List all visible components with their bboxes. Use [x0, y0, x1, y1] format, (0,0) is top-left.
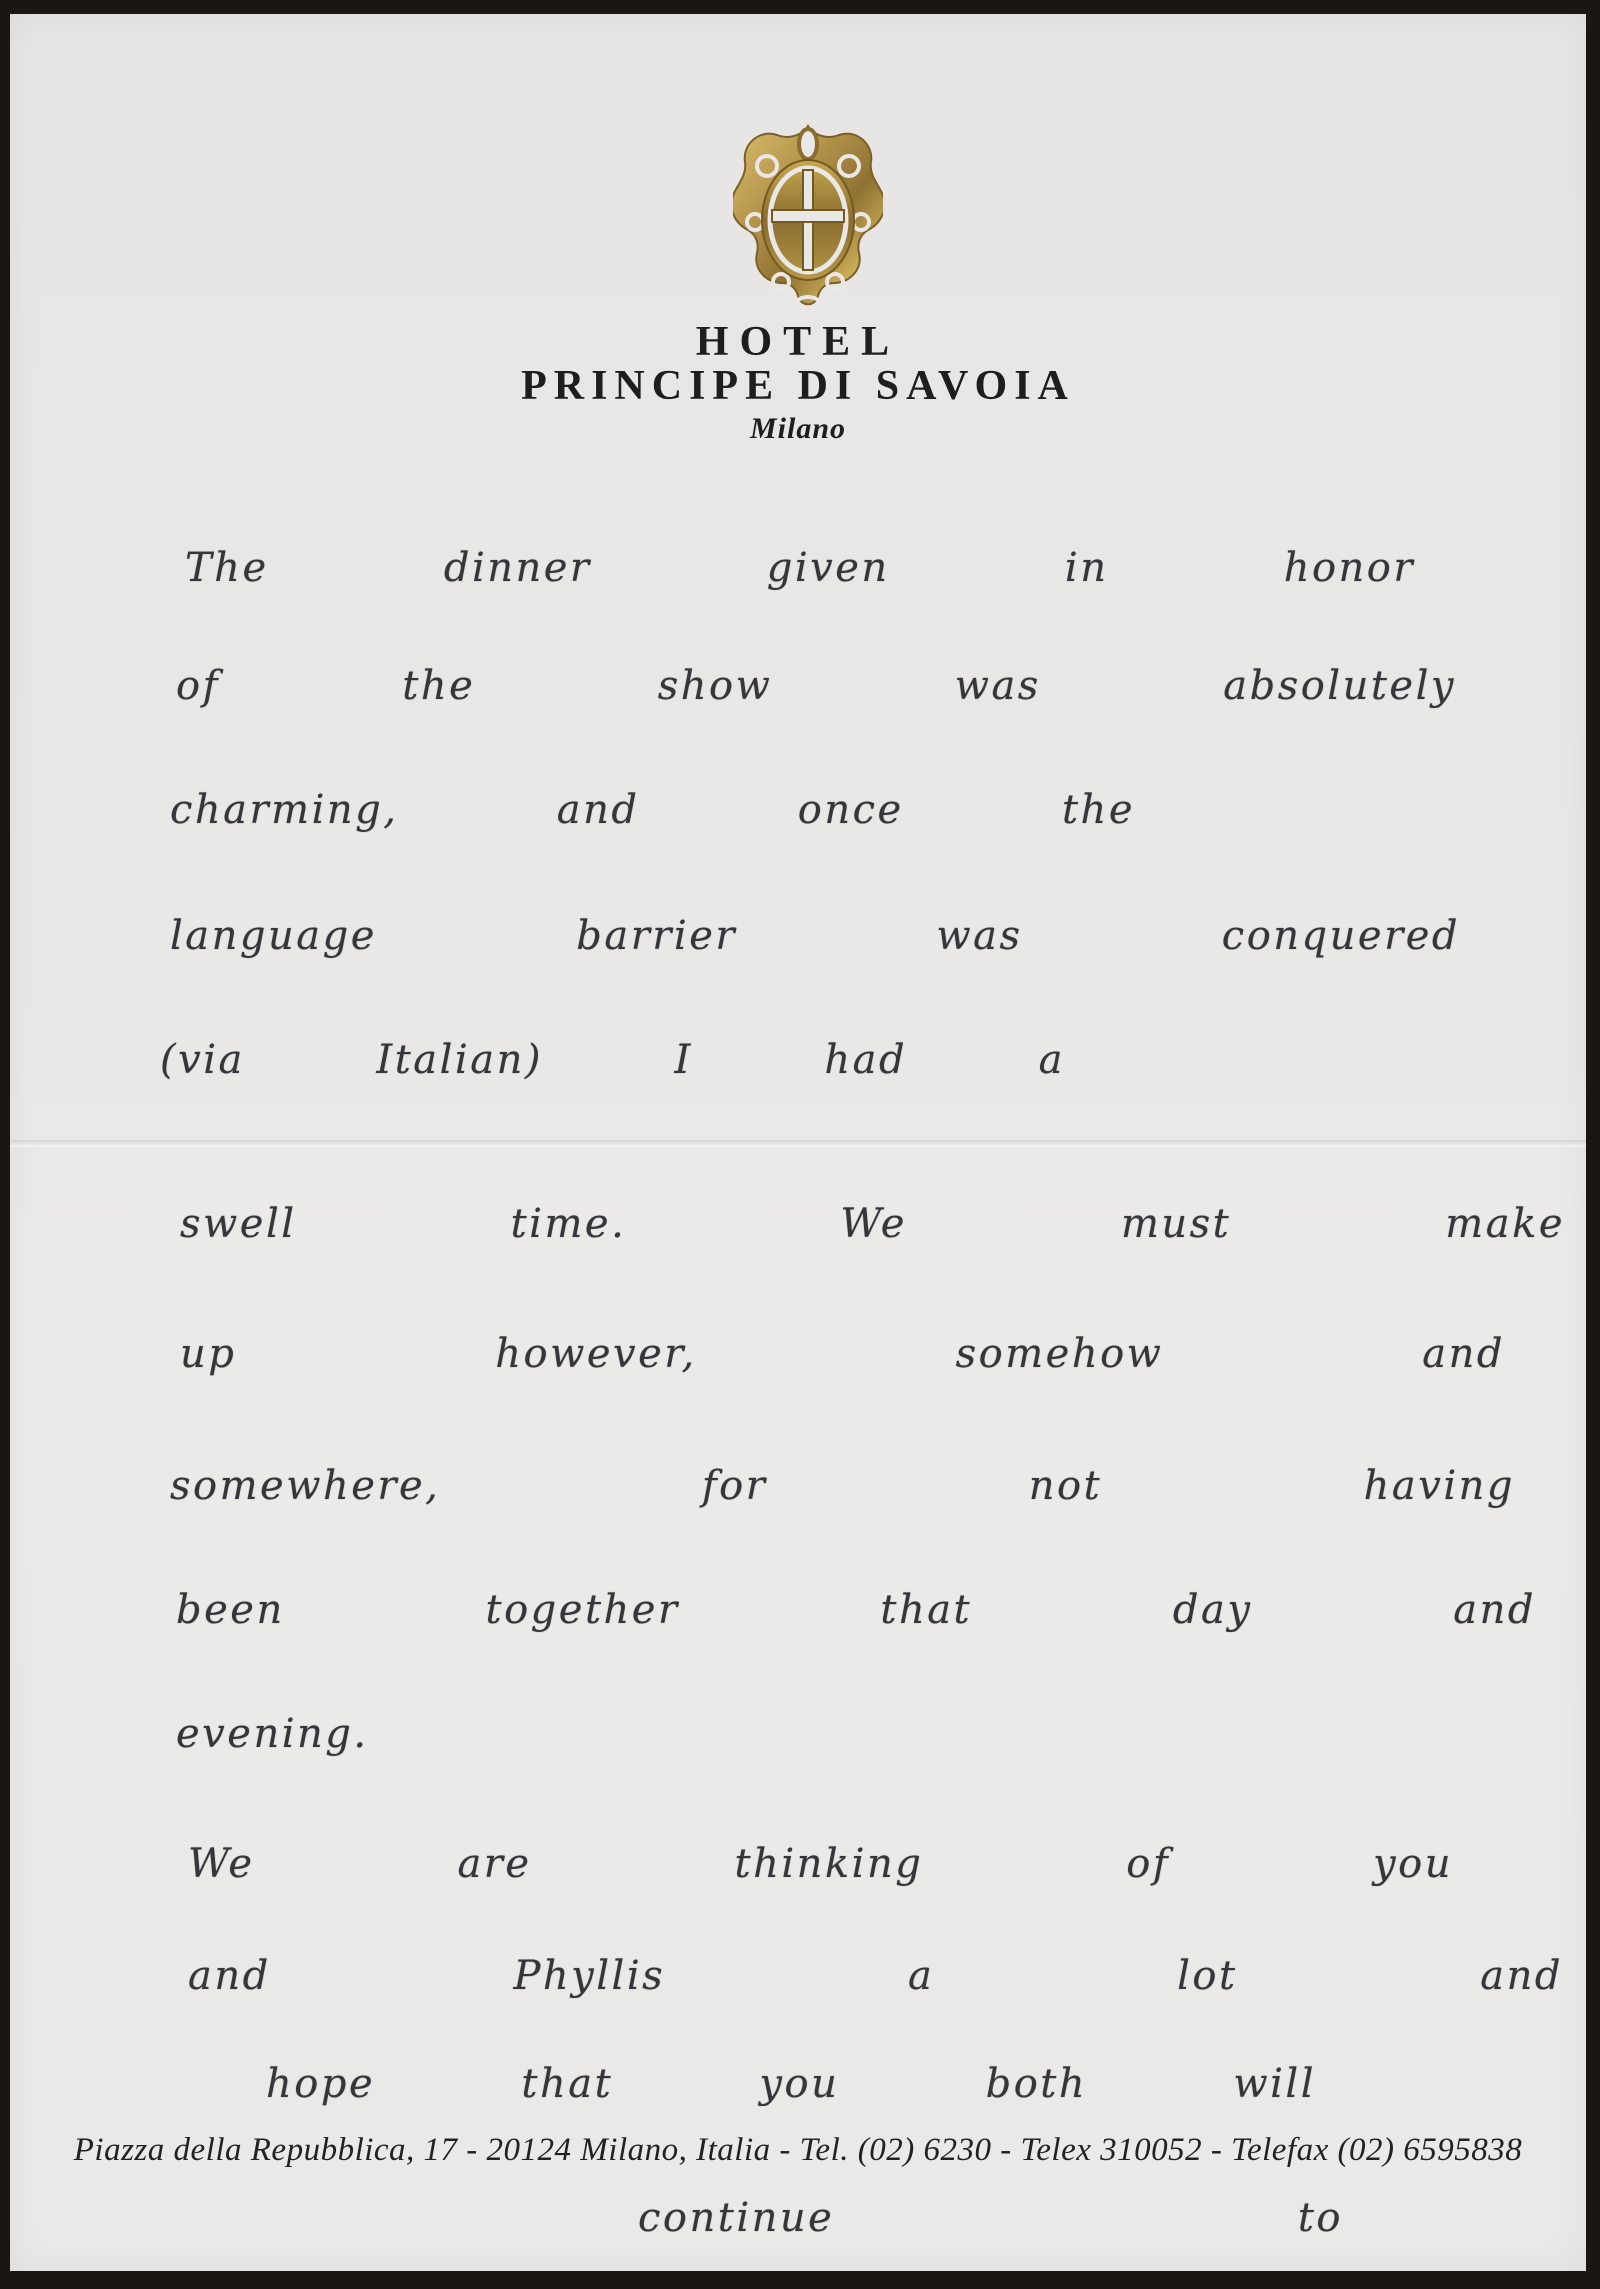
handwriting-line-12: and Phyllis a lot and	[188, 1948, 1563, 2004]
handwriting-line-8: somewhere, for not having	[170, 1458, 1515, 1514]
hotel-name-line1: HOTEL	[10, 318, 1586, 366]
letter-paper: HOTEL PRINCIPE DI SAVOIA Milano The dinn…	[10, 14, 1586, 2271]
handwriting-line-9: been together that day and	[176, 1582, 1536, 1638]
handwriting-line-13: hope that you both will	[266, 2056, 1316, 2112]
footer-address: Piazza della Repubblica, 17 - 20124 Mila…	[10, 2132, 1586, 2169]
handwriting-line-6: swell time. We must make	[180, 1196, 1565, 1252]
handwriting-line-2: of the show was absolutely	[176, 658, 1456, 714]
handwriting-line-11: We are thinking of you	[188, 1836, 1453, 1892]
handwriting-line-3: charming, and once the	[170, 782, 1135, 838]
hotel-city: Milano	[10, 412, 1586, 446]
handwriting-line-7: up however, somehow and	[180, 1326, 1505, 1382]
handwriting-line-4: language barrier was conquered	[170, 908, 1460, 964]
handwriting-line-1: The dinner given in honor	[185, 540, 1415, 596]
hotel-crest-icon	[733, 122, 883, 318]
hotel-name-line2: PRINCIPE DI SAVOIA	[10, 362, 1586, 410]
paper-fold-crease	[10, 1140, 1586, 1147]
scanned-letter: HOTEL PRINCIPE DI SAVOIA Milano The dinn…	[0, 0, 1600, 2289]
handwriting-line-5: (via Italian) I had a	[160, 1032, 1065, 1088]
handwriting-line-10: evening.	[176, 1706, 369, 1762]
handwriting-line-14: continue to	[638, 2190, 1343, 2246]
